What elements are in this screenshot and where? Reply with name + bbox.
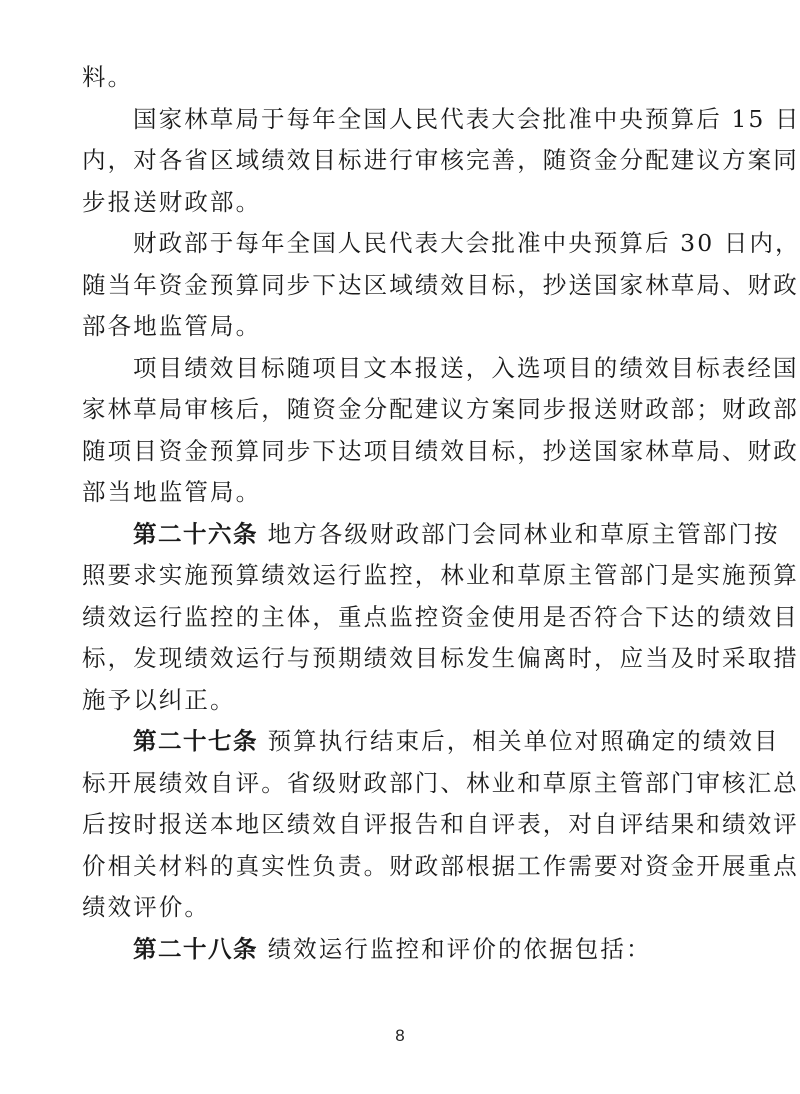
text-line: 标，发现绩效运行与预期绩效目标发生偏离时，应当及时采取措 bbox=[82, 638, 722, 679]
text-line: 财政部于每年全国人民代表大会批准中央预算后 30 日内， bbox=[133, 223, 723, 264]
text-line: 施予以纠正。 bbox=[82, 680, 722, 721]
text-line: 绩效运行监控的主体，重点监控资金使用是否符合下达的绩效目 bbox=[82, 597, 722, 638]
text-line: 价相关材料的真实性负责。财政部根据工作需要对资金开展重点 bbox=[82, 846, 722, 887]
text-line: 部当地监管局。 bbox=[82, 472, 722, 513]
text-line: 部各地监管局。 bbox=[82, 306, 722, 347]
text-line: 后按时报送本地区绩效自评报告和自评表，对自评结果和绩效评 bbox=[82, 804, 722, 845]
text-span: 绩效运行监控和评价的依据包括： bbox=[258, 935, 652, 963]
article-label: 第二十八条 bbox=[133, 935, 258, 963]
text-line: 项目绩效目标随项目文本报送，入选项目的绩效目标表经国 bbox=[133, 348, 723, 389]
text-span: 预算执行结束后，相关单位对照确定的绩效目 bbox=[258, 727, 780, 755]
text-line: 随当年资金预算同步下达区域绩效目标，抄送国家林草局、财政 bbox=[82, 265, 722, 306]
text-line: 料。 bbox=[82, 57, 722, 98]
document-page: 料。 国家林草局于每年全国人民代表大会批准中央预算后 15 日 内，对各省区域绩… bbox=[0, 0, 800, 1094]
text-line: 绩效评价。 bbox=[82, 887, 722, 928]
text-line: 家林草局审核后，随资金分配建议方案同步报送财政部；财政部 bbox=[82, 389, 722, 430]
text-line: 标开展绩效自评。省级财政部门、林业和草原主管部门审核汇总 bbox=[82, 763, 722, 804]
article-label: 第二十七条 bbox=[133, 727, 258, 755]
text-line: 步报送财政部。 bbox=[82, 182, 722, 223]
text-line: 照要求实施预算绩效运行监控，林业和草原主管部门是实施预算 bbox=[82, 555, 722, 596]
text-span: 地方各级财政部门会同林业和草原主管部门按 bbox=[258, 520, 780, 548]
article-27-heading-line: 第二十七条 预算执行结束后，相关单位对照确定的绩效目 bbox=[133, 721, 723, 762]
page-number: 8 bbox=[380, 1026, 420, 1046]
article-26-heading-line: 第二十六条 地方各级财政部门会同林业和草原主管部门按 bbox=[133, 514, 723, 555]
article-28-heading-line: 第二十八条 绩效运行监控和评价的依据包括： bbox=[133, 929, 723, 970]
text-line: 国家林草局于每年全国人民代表大会批准中央预算后 15 日 bbox=[133, 99, 723, 140]
article-label: 第二十六条 bbox=[133, 520, 258, 548]
text-line: 随项目资金预算同步下达项目绩效目标，抄送国家林草局、财政 bbox=[82, 431, 722, 472]
text-line: 内，对各省区域绩效目标进行审核完善，随资金分配建议方案同 bbox=[82, 140, 722, 181]
